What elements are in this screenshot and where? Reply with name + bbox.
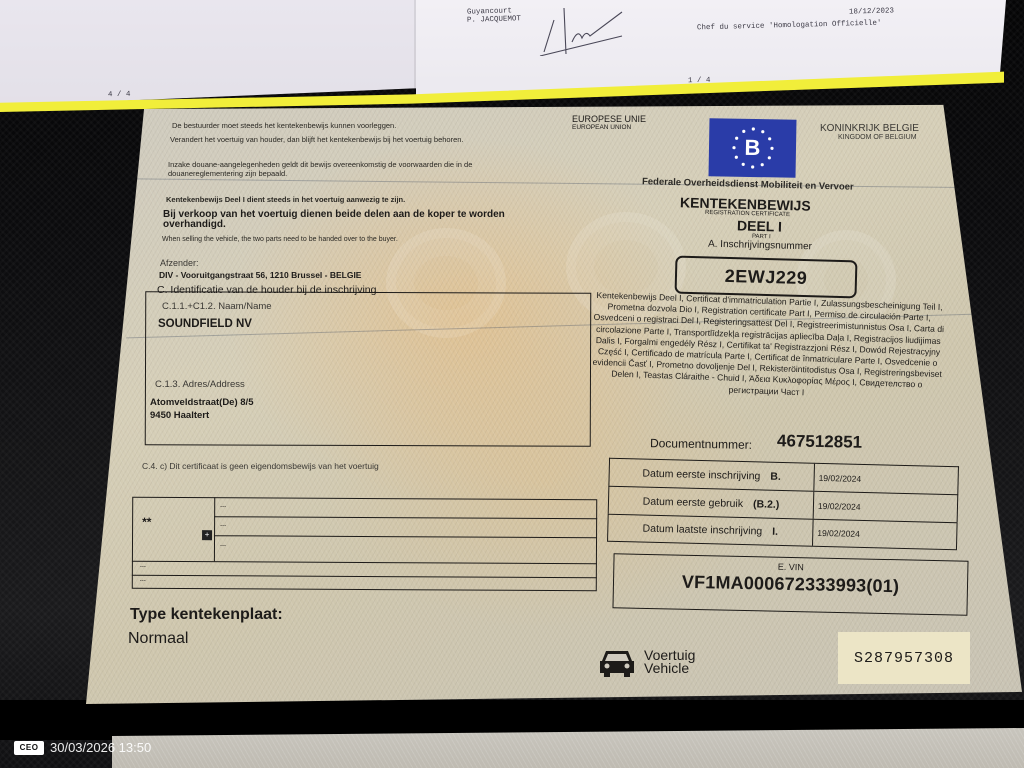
date-code: (B.2.) xyxy=(753,498,780,511)
additional-fields-grid: ** + --- --- --- --- --- xyxy=(132,497,597,591)
registration-number-plate: 2EWJ229 xyxy=(675,256,858,299)
date-label: Datum eerste gebruik xyxy=(643,495,744,509)
address-label: C.1.3. Adres/Address xyxy=(155,379,245,390)
top-date: 18/12/2023 xyxy=(849,7,894,16)
note-1: De bestuurder moet steeds het kentekenbe… xyxy=(172,121,522,130)
country-label-en: KINGDOM OF BELGIUM xyxy=(838,134,917,141)
date-code: B. xyxy=(770,470,781,482)
field-placeholder: --- xyxy=(140,578,146,584)
date-value: 19/02/2024 xyxy=(814,492,958,522)
document-fold xyxy=(414,0,416,100)
top-signatory: P. JACQUEMOT xyxy=(467,15,521,24)
address-line-2: 9450 Haaltert xyxy=(150,410,209,421)
car-icon xyxy=(598,647,636,679)
certificate-part: DEEL I xyxy=(737,217,782,234)
document-number: 467512851 xyxy=(777,431,862,452)
document-number-label: Documentnummer: xyxy=(650,436,752,452)
top-page-left: 4 / 4 xyxy=(108,91,131,100)
signature-icon xyxy=(536,6,628,56)
holder-identification-box xyxy=(145,291,592,447)
sender-value: DIV - Vooruitgangstraat 56, 1210 Brussel… xyxy=(159,270,361,280)
serial-value: S287957308 xyxy=(854,650,954,667)
name-label: C.1.1.+C1.2. Naam/Name xyxy=(162,301,272,312)
note-3: Inzake douane-aangelegenheden geldt dit … xyxy=(168,160,538,178)
plate-type-label: Type kentekenplaat: xyxy=(130,606,283,624)
date-code: I. xyxy=(772,526,778,538)
date-label: Datum eerste inschrijving xyxy=(642,467,760,482)
eu-label-en: EUROPEAN UNION xyxy=(572,124,631,131)
serial-number: S287957308 xyxy=(838,632,970,684)
address-line-1: Atomveldstraat(De) 8/5 xyxy=(150,397,253,408)
plus-icon: + xyxy=(202,530,212,540)
eu-label: EUROPESE UNIE xyxy=(572,114,646,124)
sender-label: Afzender: xyxy=(160,258,199,268)
multilingual-title-list: Kentekenbewijs Deel I, Certificat d'imma… xyxy=(590,290,945,403)
camera-logo: CEO xyxy=(14,741,44,755)
field-placeholder: --- xyxy=(140,564,146,570)
field-placeholder: --- xyxy=(220,523,226,529)
photo-timestamp: 30/03/2026 13:50 xyxy=(50,740,151,755)
top-page-right: 1 / 4 xyxy=(688,77,711,86)
holder-name: SOUNDFIELD NV xyxy=(158,318,252,330)
must-carry-note: Kentekenbewijs Deel I dient steeds in he… xyxy=(166,195,546,204)
date-value: 19/02/2024 xyxy=(814,464,958,494)
date-value: 19/02/2024 xyxy=(813,520,957,549)
registration-number: 2EWJ229 xyxy=(724,265,807,288)
sale-notice-en: When selling the vehicle, the two parts … xyxy=(162,235,522,244)
eu-flag-icon: B xyxy=(709,118,797,178)
plate-type-value: Normaal xyxy=(128,630,188,648)
date-label: Datum laatste inschrijving xyxy=(642,523,762,538)
date-label-cell: Datum laatste inschrijving I. xyxy=(608,515,814,546)
field-placeholder: --- xyxy=(220,543,226,549)
security-line xyxy=(136,178,1016,188)
sale-notice: Bij verkoop van het voertuig dienen beid… xyxy=(163,210,523,230)
country-label: KONINKRIJK BELGIE xyxy=(820,123,919,134)
vehicle-label-en: Vehicle xyxy=(644,662,689,675)
field-placeholder: --- xyxy=(220,504,226,510)
camera-watermark: CEO 30/03/2026 13:50 xyxy=(14,740,151,755)
ownership-note: C.4. c) Dit certificaat is geen eigendom… xyxy=(142,461,379,471)
note-2: Verandert het voertuig van houder, dan b… xyxy=(170,135,510,144)
vin-box: E. VIN VF1MA000672333993(01) xyxy=(612,553,968,615)
fields-marker: ** xyxy=(142,515,151,529)
country-code: B xyxy=(744,135,760,161)
registration-dates-table: Datum eerste inschrijving B. 19/02/2024 … xyxy=(607,458,959,551)
